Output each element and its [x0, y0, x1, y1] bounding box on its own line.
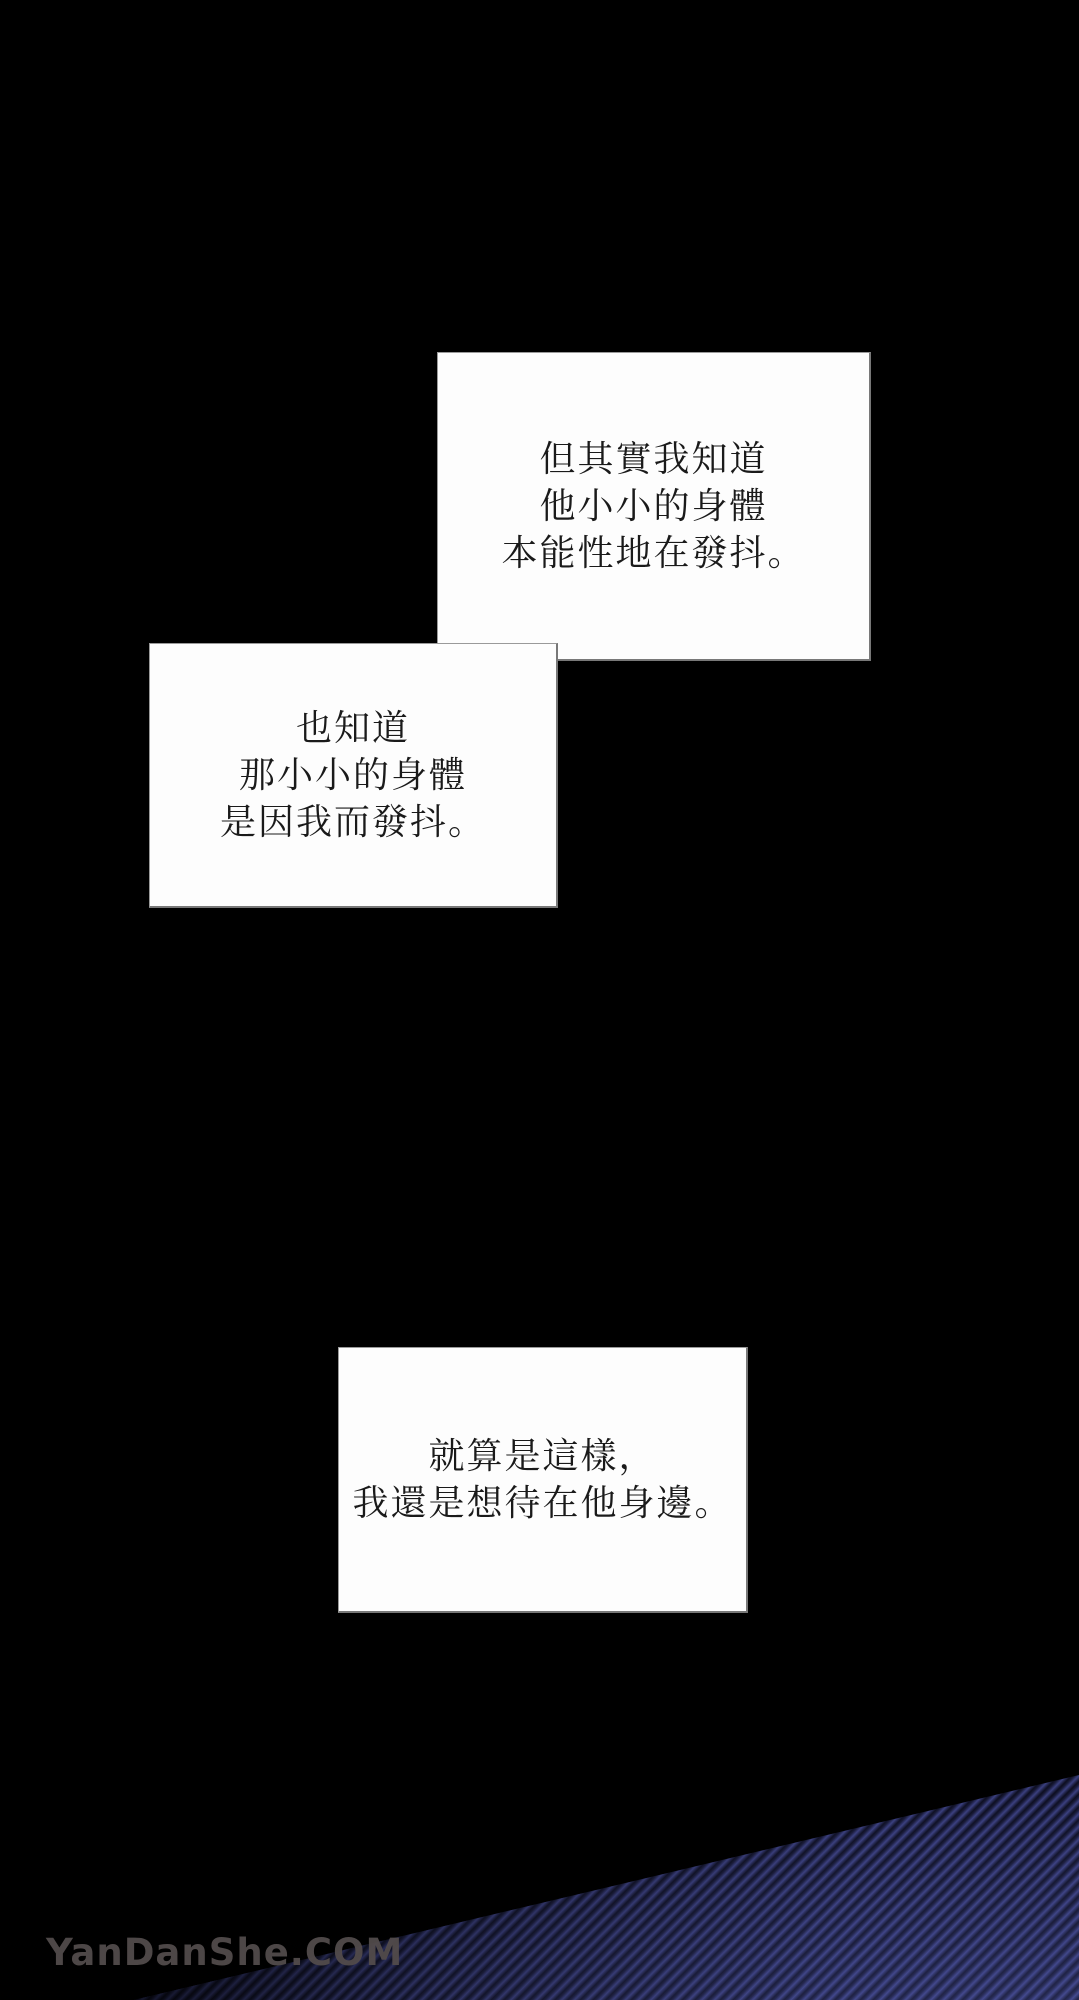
narration-box-3: 就算是這樣， 我還是想待在他身邊。 [338, 1347, 748, 1613]
narration-line: 那小小的身體 [239, 752, 467, 799]
site-watermark: YanDanShe.COM [46, 1933, 403, 1973]
comic-page: 但其實我知道 他小小的身體 本能性地在發抖。 也知道 那小小的身體 是因我而發抖… [0, 0, 1079, 2000]
narration-box-2: 也知道 那小小的身體 是因我而發抖。 [149, 643, 558, 908]
narration-line: 本能性地在發抖。 [501, 530, 805, 577]
narration-line: 是因我而發抖。 [220, 799, 486, 846]
narration-line: 也知道 [296, 705, 410, 752]
narration-line: 我還是想待在他身邊。 [352, 1480, 732, 1527]
narration-box-1: 但其實我知道 他小小的身體 本能性地在發抖。 [437, 352, 871, 661]
narration-line: 他小小的身體 [539, 483, 767, 530]
narration-line: 但其實我知道 [539, 436, 767, 483]
narration-line: 就算是這樣， [428, 1433, 656, 1480]
